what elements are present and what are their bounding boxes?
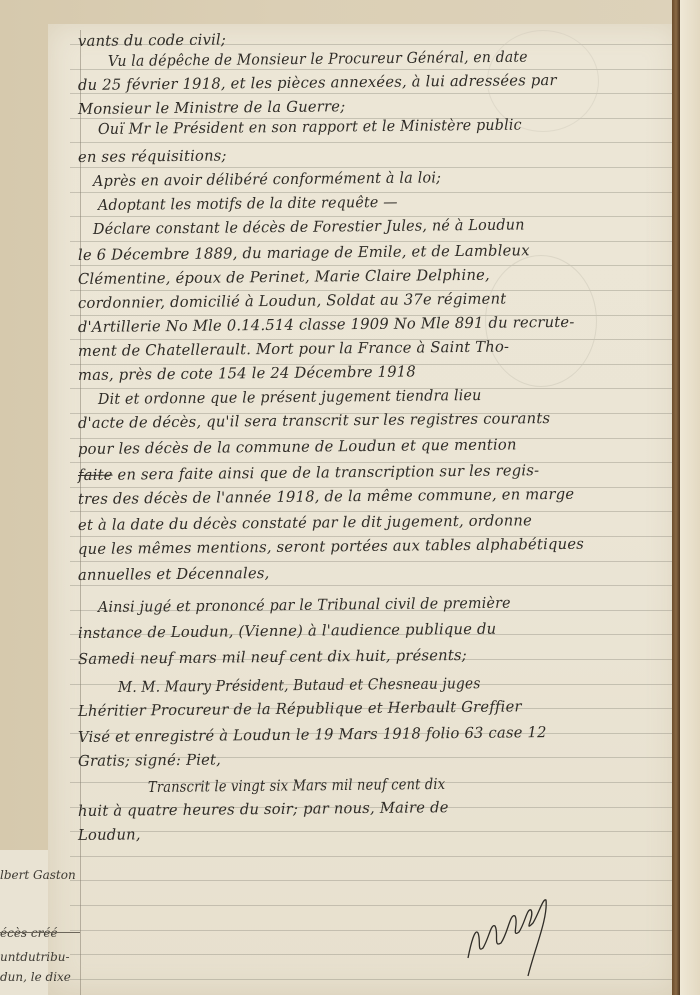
next-page-edge (680, 0, 700, 995)
ruled-line (70, 856, 680, 857)
ruled-line (70, 930, 680, 931)
line-text: Après en avoir délibéré conformément à l… (93, 168, 441, 190)
margin-rule (80, 30, 81, 995)
line-text: Adoptant les motifs de la dite requête — (98, 193, 398, 214)
book-spine (672, 0, 680, 995)
left-fragment-text: untdutribu- (0, 950, 70, 964)
line-text: Gratis; signé: Piet, (78, 751, 221, 770)
line-text: en ses réquisitions; (78, 146, 227, 166)
ruled-line (70, 585, 680, 586)
line-text: annuelles et Décennales, (78, 564, 270, 584)
ruled-line (70, 880, 680, 881)
left-fragment-text: lbert Gaston (0, 868, 76, 882)
line-text: M. M. Maury Président, Butaud et Chesnea… (118, 674, 481, 696)
signature-icon (463, 888, 563, 978)
struck-word: faite (78, 466, 113, 484)
line-text: Loudun, (78, 825, 141, 844)
line-text: Transcrit le vingt six Mars mil neuf cen… (148, 775, 445, 796)
ruled-line (70, 905, 680, 906)
left-page-rule (0, 932, 80, 933)
line-text: vants du code civil; (78, 30, 226, 50)
left-fragment-text: écès créé (0, 926, 58, 940)
line-text: mas, près de cote 154 le 24 Décembre 191… (78, 362, 416, 384)
line-text: Monsieur le Ministre de la Guerre; (78, 97, 346, 118)
left-fragment-text: dun, le dixe (0, 970, 71, 984)
ruled-line (70, 979, 680, 980)
ruled-line (70, 954, 680, 955)
